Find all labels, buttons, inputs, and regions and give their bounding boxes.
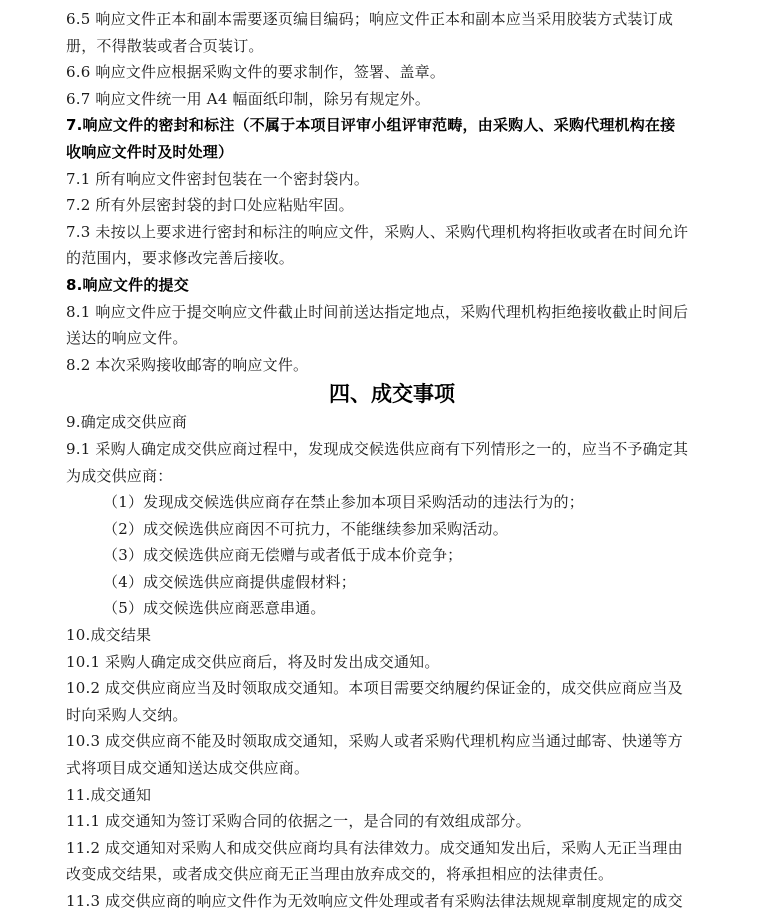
- clause-11-3-line-1: 11.3 成交供应商的响应文件作为无效响应文件处理或者有采购法律法规规章制度规定…: [66, 888, 718, 915]
- clause-11-2-line-1: 11.2 成交通知对采购人和成交供应商均具有法律效力。成交通知发出后，采购人无正…: [66, 835, 718, 862]
- clause-10-3-line-1: 10.3 成交供应商不能及时领取成交通知，采购人或者采购代理机构应当通过邮寄、快…: [66, 728, 718, 755]
- clause-7-3-line-2: 的范围内，要求修改完善后接收。: [66, 245, 718, 272]
- chapter-heading: 四、成交事项: [66, 379, 718, 409]
- clause-10-3-line-2: 式将项目成交通知送达成交供应商。: [66, 755, 718, 782]
- clause-8-2: 8.2 本次采购接收邮寄的响应文件。: [66, 352, 718, 379]
- section-9-title: 9.确定成交供应商: [66, 409, 718, 436]
- list-item-3: （3）成交候选供应商无偿赠与或者低于成本价竞争；: [66, 542, 718, 569]
- section-7-title-line-2: 收响应文件时及时处理）: [66, 139, 718, 166]
- clause-8-1-line-1: 8.1 响应文件应于提交响应文件截止时间前送达指定地点，采购代理机构拒绝接收截止…: [66, 299, 718, 326]
- section-11-title: 11.成交通知: [66, 782, 718, 809]
- clause-8-1-line-2: 送达的响应文件。: [66, 325, 718, 352]
- clause-7-2: 7.2 所有外层密封袋的封口处应粘贴牢固。: [66, 192, 718, 219]
- clause-7-3-line-1: 7.3 未按以上要求进行密封和标注的响应文件，采购人、采购代理机构将拒收或者在时…: [66, 219, 718, 246]
- clause-9-1-line-2: 为成交供应商：: [66, 463, 718, 490]
- section-10-title: 10.成交结果: [66, 622, 718, 649]
- list-item-4: （4）成交候选供应商提供虚假材料；: [66, 569, 718, 596]
- clause-10-1: 10.1 采购人确定成交供应商后，将及时发出成交通知。: [66, 649, 718, 676]
- list-item-2: （2）成交候选供应商因不可抗力，不能继续参加采购活动。: [66, 516, 718, 543]
- clause-7-1: 7.1 所有响应文件密封包装在一个密封袋内。: [66, 166, 718, 193]
- list-item-1: （1）发现成交候选供应商存在禁止参加本项目采购活动的违法行为的；: [66, 489, 718, 516]
- list-item-5: （5）成交候选供应商恶意串通。: [66, 595, 718, 622]
- clause-6-6: 6.6 响应文件应根据采购文件的要求制作，签署、盖章。: [66, 59, 718, 86]
- clause-10-2-line-2: 时向采购人交纳。: [66, 702, 718, 729]
- clause-6-5-line-2: 册，不得散装或者合页装订。: [66, 33, 718, 60]
- section-7-title-line-1: 7.响应文件的密封和标注（不属于本项目评审小组评审范畴，由采购人、采购代理机构在…: [66, 112, 718, 139]
- clause-10-2-line-1: 10.2 成交供应商应当及时领取成交通知。本项目需要交纳履约保证金的，成交供应商…: [66, 675, 718, 702]
- clause-11-2-line-2: 改变成交结果，或者成交供应商无正当理由放弃成交的，将承担相应的法律责任。: [66, 861, 718, 888]
- clause-11-1: 11.1 成交通知为签订采购合同的依据之一，是合同的有效组成部分。: [66, 808, 718, 835]
- section-8-title: 8.响应文件的提交: [66, 272, 718, 299]
- document-page: 6.5 响应文件正本和副本需要逐页编目编码；响应文件正本和副本应当采用胶装方式装…: [66, 6, 718, 915]
- clause-9-1-line-1: 9.1 采购人确定成交供应商过程中，发现成交候选供应商有下列情形之一的，应当不予…: [66, 436, 718, 463]
- clause-6-7: 6.7 响应文件统一用 A4 幅面纸印制，除另有规定外。: [66, 86, 718, 113]
- clause-6-5-line-1: 6.5 响应文件正本和副本需要逐页编目编码；响应文件正本和副本应当采用胶装方式装…: [66, 6, 718, 33]
